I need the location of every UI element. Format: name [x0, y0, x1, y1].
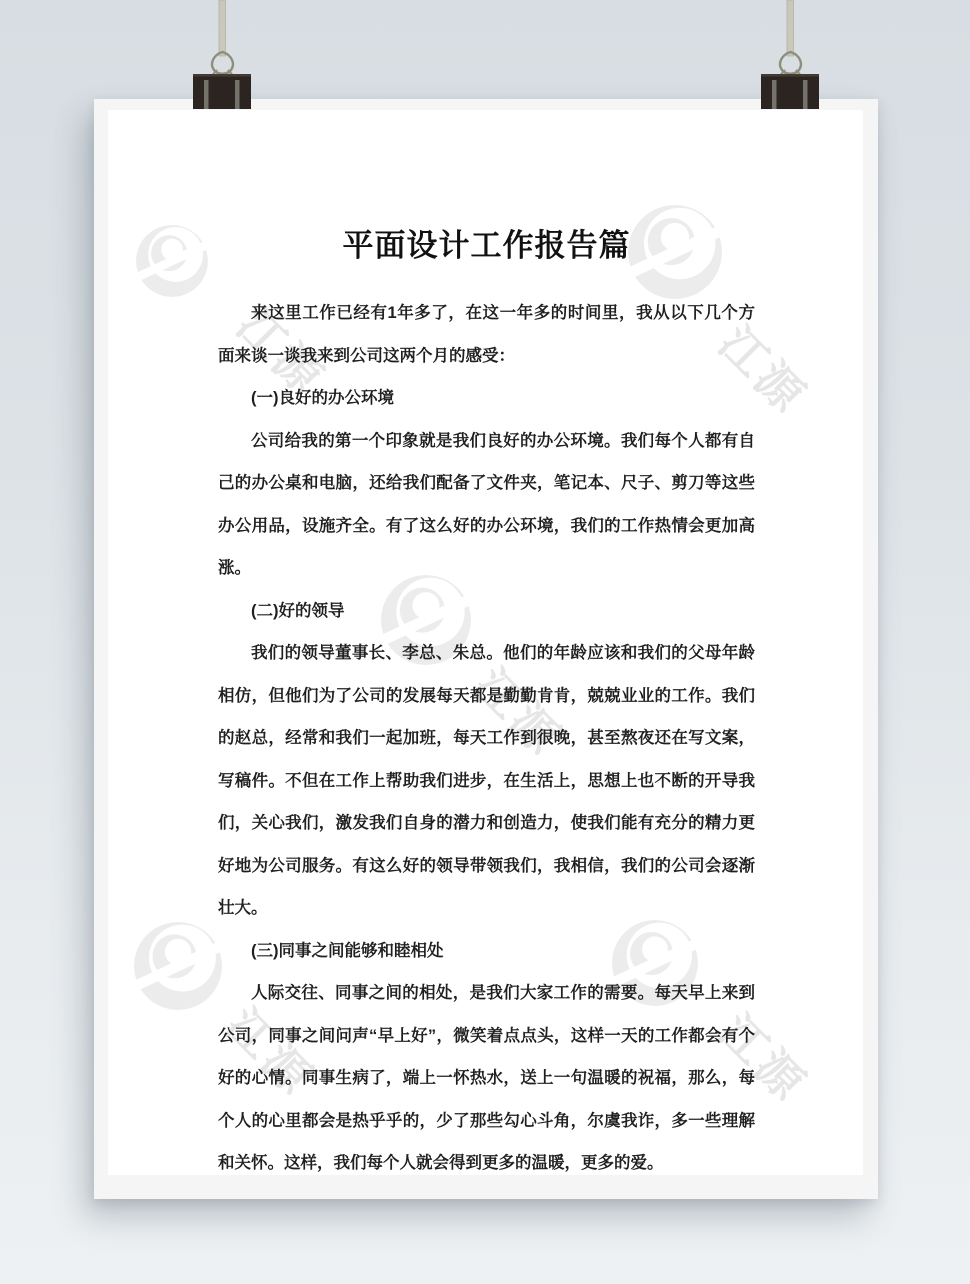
paragraph: 公司给我的第一个印象就是我们良好的办公环境。我们每个人都有自己的办公桌和电脑，还…	[218, 420, 755, 590]
clip-prong	[204, 80, 209, 109]
section-heading: (三)同事之间能够和睦相处	[218, 930, 755, 973]
clip-body	[193, 74, 251, 109]
paragraph: 我们的领导董事长、李总、朱总。他们的年龄应该和我们的父母年龄相仿，但他们为了公司…	[218, 632, 755, 930]
section-heading: (二)好的领导	[218, 590, 755, 633]
backing-board: 江源 江源	[94, 99, 878, 1199]
document-content: 平面设计工作报告篇 来这里工作已经有1年多了，在这一年多的时间里，我从以下几个方…	[218, 226, 755, 1175]
clip-body-highlight	[761, 74, 819, 77]
clip-prong	[772, 80, 777, 109]
binder-clip-right	[755, 0, 825, 112]
watermark-logo-icon	[136, 225, 208, 297]
document-page: 江源 江源	[108, 110, 863, 1175]
watermark-logo-icon	[134, 922, 222, 1010]
hanging-string	[219, 0, 226, 56]
binder-clip-left	[187, 0, 257, 112]
paragraph: 来这里工作已经有1年多了，在这一年多的时间里，我从以下几个方面来谈一谈我来到公司…	[218, 292, 755, 377]
clip-prong	[235, 80, 240, 109]
hanging-string	[787, 0, 794, 56]
section-heading: (一)良好的办公环境	[218, 377, 755, 420]
paper-mockup-scene: 江源 江源	[0, 0, 970, 1284]
clip-body-highlight	[193, 74, 251, 77]
clip-prong	[803, 80, 808, 109]
document-title: 平面设计工作报告篇	[218, 226, 755, 292]
document-body: 来这里工作已经有1年多了，在这一年多的时间里，我从以下几个方面来谈一谈我来到公司…	[218, 292, 755, 1175]
clip-body	[761, 74, 819, 109]
paragraph: 人际交往、同事之间的相处，是我们大家工作的需要。每天早上来到公司，同事之间问声“…	[218, 972, 755, 1175]
